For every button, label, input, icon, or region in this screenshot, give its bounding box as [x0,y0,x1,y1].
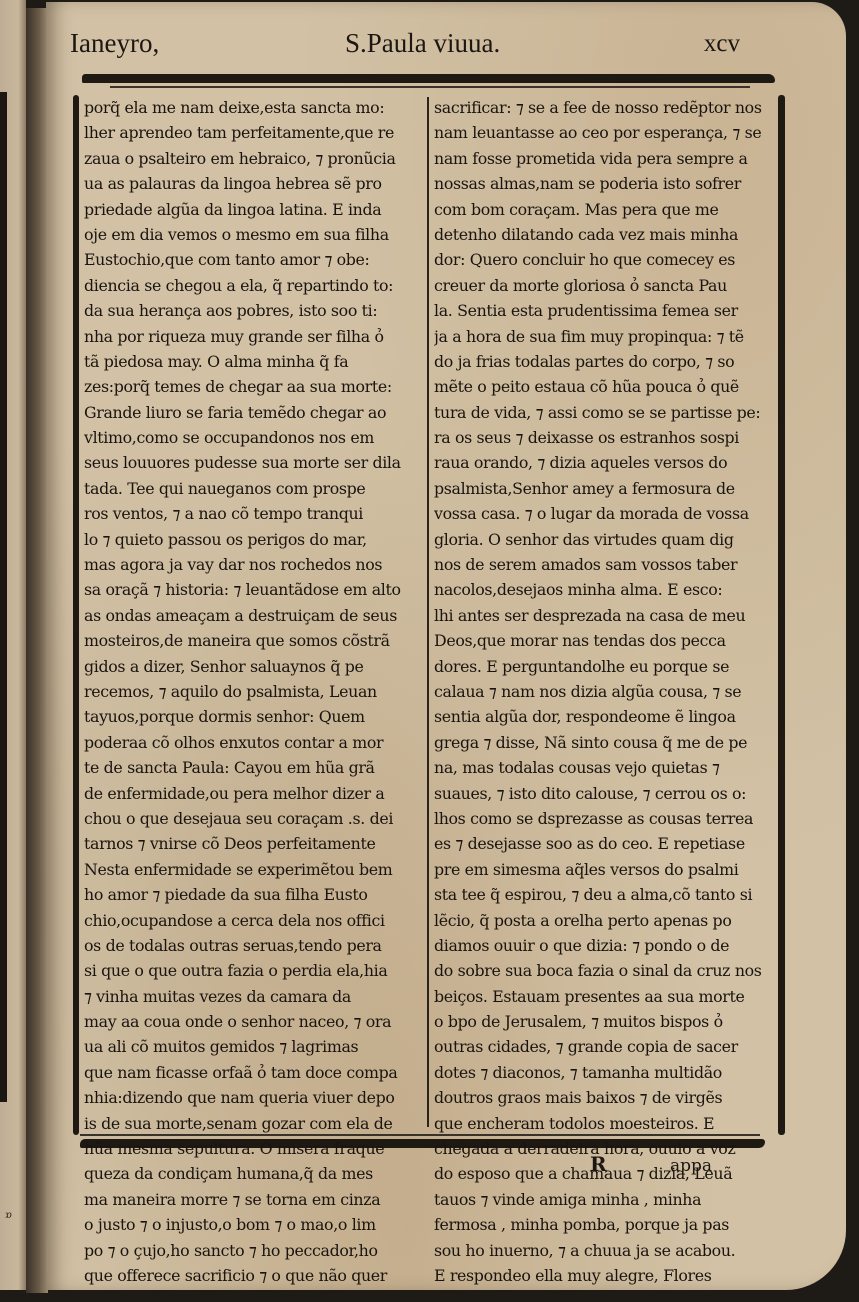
text-line: nam leuantasse ao ceo por esperança, ⁊ s… [434,120,774,145]
text-line: sentia algũa dor, respondeome ẽ lingoa [434,704,774,729]
text-line: dotes ⁊ diaconos, ⁊ tamanha multidão [434,1060,774,1085]
text-line: lher aprendeo tam perfeitamente,que re [84,120,420,145]
text-line: hũa mesma sepultura. O misera fraque [84,1136,420,1161]
text-line: zes:porq̃ temes de chegar aa sua morte: [84,374,420,399]
running-head-title: S.Paula viuua. [345,28,500,59]
text-line: tauos ⁊ vinde amiga minha , minha [434,1187,774,1212]
text-line: nha por riqueza muy grande ser filha ỏ [84,324,420,349]
previous-page-edge: ɒ [0,0,26,1290]
text-line: tarnos ⁊ vnirse cõ Deos perfeitamente [84,831,420,856]
text-line: lhos como se dsprezasse as cousas terrea [434,806,774,831]
text-column-left: porq̃ ela me nam deixe,esta sancta mo:lh… [84,95,420,1288]
text-line: as ondas ameaçam a destruiçam de seus [84,603,420,628]
column-divider [427,97,429,1127]
text-line: queza da condiçam humana,q̃ da mes [84,1161,420,1186]
text-line: ros ventos, ⁊ a nao cõ tempo tranqui [84,501,420,526]
top-rule-thin [110,86,750,88]
text-line: ⁊ vinha muitas vezes da camara da [84,984,420,1009]
text-line: outras cidades, ⁊ grande copia de sacer [434,1034,774,1059]
text-line: que offerece sacrificio ⁊ o que não quer [84,1263,420,1288]
text-line: ja a hora de sua fim muy propinqua: ⁊ tẽ [434,324,774,349]
text-line: tura de vida, ⁊ assi como se se partisse… [434,400,774,425]
text-line: nossas almas,nam se poderia isto sofrer [434,171,774,196]
text-line: psalmista,Senhor amey a fermosura de [434,476,774,501]
text-line: Deos,que morar nas tendas dos pecca [434,628,774,653]
text-line: ra os seus ⁊ deixasse os estranhos sospi [434,425,774,450]
text-line: Eustochio,que com tanto amor ⁊ obe: [84,247,420,272]
text-line: te de sancta Paula: Cayou em hũa grã [84,755,420,780]
text-line: ua as palauras da lingoa hebrea sẽ pro [84,171,420,196]
text-line: si que o que outra fazia o perdia ela,hi… [84,958,420,983]
text-line: diencia se chegou a ela, q̃ repartindo t… [84,273,420,298]
signature-mark: R [590,1152,607,1176]
text-line: grega ⁊ disse, Nã sinto cousa q̃ me de p… [434,730,774,755]
text-line: chou o que desejaua seu coraçam .s. dei [84,806,420,831]
text-line: vossa casa. ⁊ o lugar da morada de vossa [434,501,774,526]
text-line: ua ali cõ muitos gemidos ⁊ lagrimas [84,1034,420,1059]
top-rule [82,74,775,83]
text-line: do sobre sua boca fazia o sinal da cruz … [434,958,774,983]
catchword: appa [670,1156,712,1176]
text-line: gidos a dizer, Senhor saluaynos q̃ pe [84,654,420,679]
text-line: fermosa , minha pomba, porque ja pas [434,1212,774,1237]
text-line: suaues, ⁊ isto dito calouse, ⁊ cerrou os… [434,781,774,806]
text-line: creuer da morte gloriosa ỏ sancta Pau [434,273,774,298]
text-line: lẽcio, q̃ posta a orelha perto apenas po [434,908,774,933]
text-line: chio,ocupandose a cerca dela nos offici [84,908,420,933]
text-line: dores. E perguntandolhe eu porque se [434,654,774,679]
page-footer: R appa [590,1152,750,1182]
text-line: mosteiros,de maneira que somos cõstrã [84,628,420,653]
text-line: os de todalas outras seruas,tendo pera [84,933,420,958]
text-line: o bpo de Jerusalem, ⁊ muitos bispos ỏ [434,1009,774,1034]
text-line: mas agora ja vay dar nos rochedos nos [84,552,420,577]
previous-page-mark: ɒ [5,1210,12,1221]
running-head: Ianeyro, S.Paula viuua. xcv [70,28,740,68]
text-line: beiços. Estauam presentes aa sua morte [434,984,774,1009]
text-line: es ⁊ desejasse soo as do ceo. E repetias… [434,831,774,856]
book-gutter [26,8,48,1293]
text-line: sou ho inuerno, ⁊ a chuua ja se acabou. [434,1238,774,1263]
text-line: sacrificar: ⁊ se a fee de nosso redẽptor… [434,95,774,120]
text-line: oje em dia vemos o mesmo em sua filha [84,222,420,247]
text-line: Nesta enfermidade se experimẽtou bem [84,857,420,882]
text-line: zaua o psalteiro em hebraico, ⁊ pronũcia [84,146,420,171]
text-line: raua orando, ⁊ dizia aqueles versos do [434,450,774,475]
text-line: nhia:dizendo que nam queria viuer depo [84,1085,420,1110]
text-line: detenho dilatando cada vez mais minha [434,222,774,247]
text-line: nacolos,desejaos minha alma. E esco: [434,577,774,602]
text-line: doutros graos mais baixos ⁊ de virgẽs [434,1085,774,1110]
text-line: do ja frias todalas partes do corpo, ⁊ s… [434,349,774,374]
text-line: que encheram todolos moesteiros. E [434,1111,774,1136]
text-line: de enfermidade,ou pera melhor dizer a [84,781,420,806]
text-line: o justo ⁊ o injusto,o bom ⁊ o mao,o lim [84,1212,420,1237]
text-line: tada. Tee qui naueganos com prospe [84,476,420,501]
folio-number: xcv [704,30,740,58]
text-line: may aa coua onde o senhor naceo, ⁊ ora [84,1009,420,1034]
text-line: mẽte o peito estaua cõ hũa pouca ỏ quẽ [434,374,774,399]
text-line: poderaa cõ olhos enxutos contar a mor [84,730,420,755]
text-line: pre em simesma aq̃les versos do psalmi [434,857,774,882]
text-line: is de sua morte,senam gozar com ela de [84,1111,420,1136]
left-border-rule [73,95,79,1135]
text-line: Grande liuro se faria temẽdo chegar ao [84,400,420,425]
text-column-right: sacrificar: ⁊ se a fee de nosso redẽptor… [434,95,774,1288]
text-line: sta tee q̃ espirou, ⁊ deu a alma,cõ tant… [434,882,774,907]
text-line: diamos ouuir o que dizia: ⁊ pondo o de [434,933,774,958]
text-line: recemos, ⁊ aquilo do psalmista, Leuan [84,679,420,704]
previous-page-rule [0,92,7,1102]
text-line: sa oraçã ⁊ historia: ⁊ leuantãdose em al… [84,577,420,602]
text-line: lhi antes ser desprezada na casa de meu [434,603,774,628]
running-head-month: Ianeyro, [70,28,159,59]
text-line: nam fosse prometida vida pera sempre a [434,146,774,171]
text-line: priedade algũa da lingoa latina. E inda [84,197,420,222]
text-line: po ⁊ o çujo,ho sancto ⁊ ho peccador,ho [84,1238,420,1263]
text-line: nos de serem amados sam vossos taber [434,552,774,577]
text-line: vltimo,como se occupandonos nos em [84,425,420,450]
text-line: E respondeo ella muy alegre, Flores [434,1263,774,1288]
text-line: com bom coraçam. Mas pera que me [434,197,774,222]
text-line: porq̃ ela me nam deixe,esta sancta mo: [84,95,420,120]
text-line: que nam ficasse orfaã ỏ tam doce compa [84,1060,420,1085]
text-line: dor: Quero concluir ho que comecey es [434,247,774,272]
text-line: ho amor ⁊ piedade da sua filha Eusto [84,882,420,907]
text-line: tayuos,porque dormis senhor: Quem [84,704,420,729]
text-line: la. Sentia esta prudentissima femea ser [434,298,774,323]
text-line: gloria. O senhor das virtudes quam dig [434,527,774,552]
text-line: tã piedosa may. O alma minha q̃ fa [84,349,420,374]
text-line: da sua herança aos pobres, isto soo ti: [84,298,420,323]
text-line: ma maneira morre ⁊ se torna em cinza [84,1187,420,1212]
text-line: seus louuores pudesse sua morte ser dila [84,450,420,475]
text-line: na, mas todalas cousas vejo quietas ⁊ [434,755,774,780]
right-border-rule [778,95,785,1135]
text-line: lo ⁊ quieto passou os perigos do mar, [84,527,420,552]
text-line: calaua ⁊ nam nos dizia algũa cousa, ⁊ se [434,679,774,704]
